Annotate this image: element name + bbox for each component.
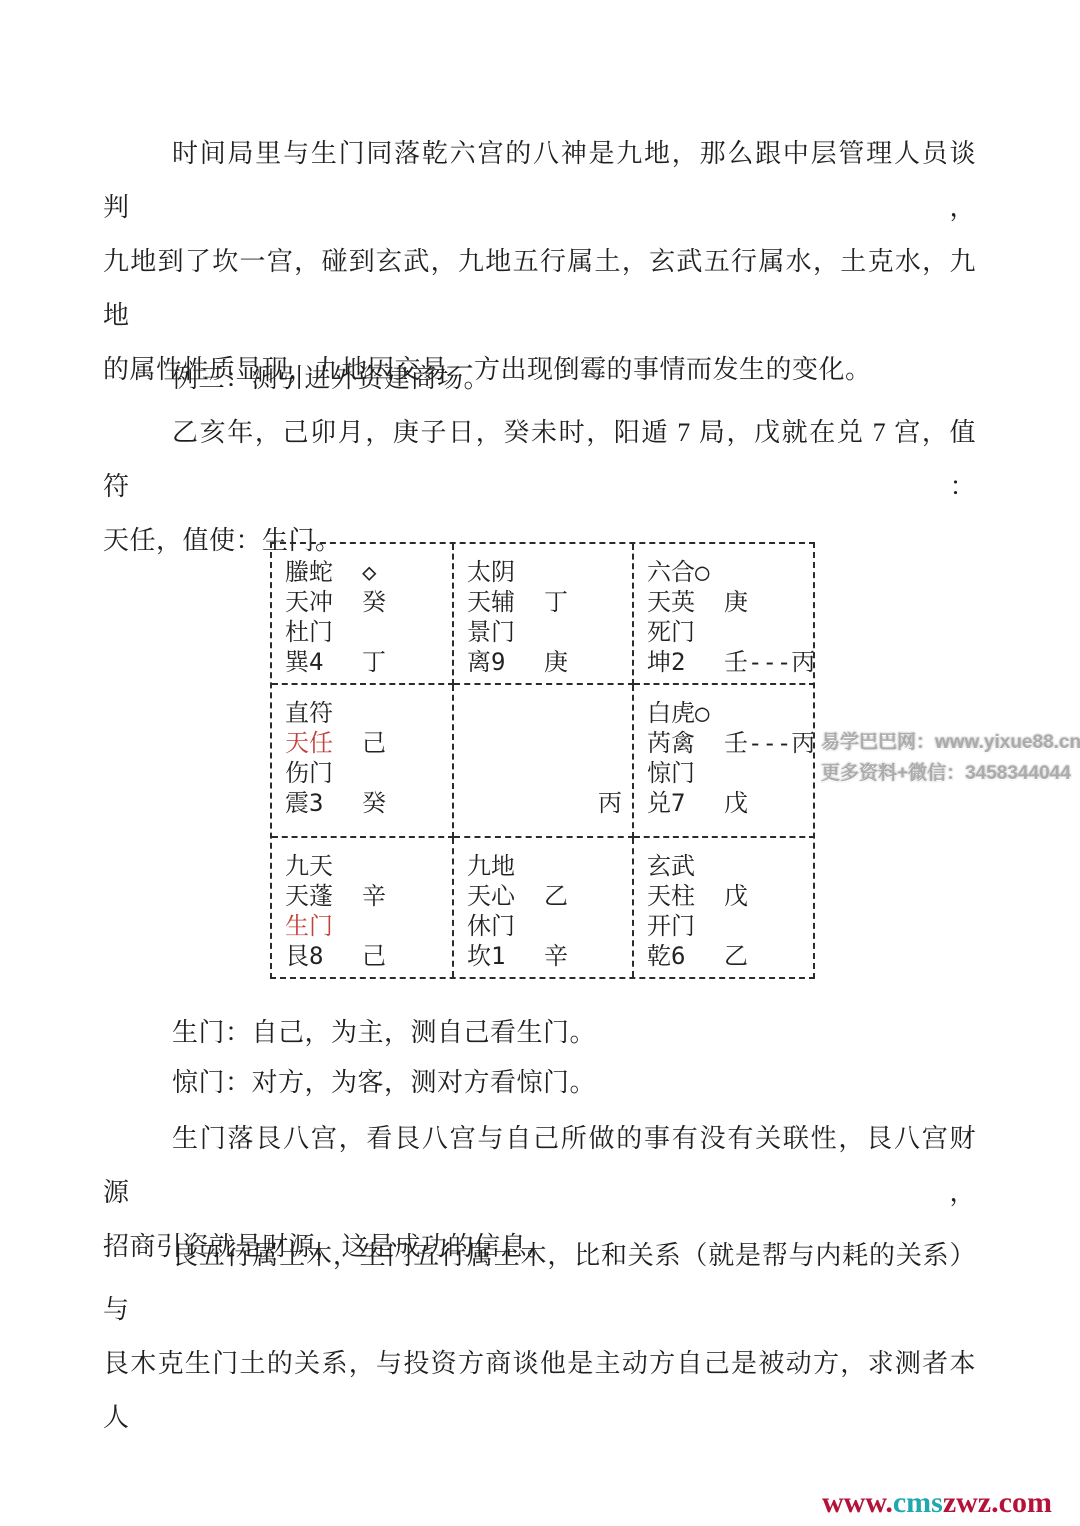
star-name: 天辅 [467, 587, 544, 617]
text-line: 惊门：对方，为客，测对方看惊门。 [103, 1056, 976, 1110]
earth-stem: 庚 [544, 647, 568, 677]
god-line: 六合○ [647, 557, 815, 587]
door-name: 景门 [467, 617, 544, 647]
heaven-stem: 戊 [724, 881, 748, 911]
paragraph-4: 生门：自己，为主，测自己看生门。 [103, 1006, 976, 1060]
paragraph-5: 惊门：对方，为客，测对方看惊门。 [103, 1056, 976, 1110]
star-line: 天柱戊 [647, 881, 815, 911]
bottom-watermark: www.cmszwz.com [822, 1486, 1052, 1520]
palace-line: 坎1辛 [467, 941, 632, 971]
paragraph-7: 艮五行属土木，生门五行属土木，比和关系（就是帮与内耗的关系）与 艮木克生门土的关… [103, 1229, 976, 1445]
heaven-stem: 乙 [544, 881, 568, 911]
star-name: 天柱 [647, 881, 724, 911]
door-name: 死门 [647, 617, 724, 647]
heaven-stem: 癸 [362, 587, 386, 617]
palace-cell-kan1: 九地 天心乙 休门 坎1辛 [454, 838, 634, 977]
palace-name: 乾6 [647, 941, 724, 971]
palace-line: 兑7戊 [647, 788, 815, 818]
text-line: 生门：自己，为主，测自己看生门。 [103, 1006, 976, 1060]
heaven-stem: 壬---丙 [724, 728, 815, 758]
palace-cell-center: 丙 [454, 685, 634, 838]
god-name: 白虎○ [647, 698, 724, 728]
palace-cell-kun2: 六合○ 天英庚 死门 坤2壬---丙 [634, 544, 815, 685]
god-name: 太阴 [467, 557, 544, 587]
god-name: 六合○ [647, 557, 724, 587]
god-name: 螣蛇 [285, 557, 362, 587]
star-name-zhifu: 天任 [285, 728, 362, 758]
text-line: 例三：测引进外资建商场。 [103, 352, 976, 406]
bottom-watermark-seg2: cms [893, 1486, 943, 1519]
heaven-stem: 庚 [724, 587, 748, 617]
palace-cell-zhen3: 直符 天任己 伤门 震3癸 [272, 685, 454, 838]
door-line: 休门 [467, 911, 632, 941]
palace-line: 巽4丁 [285, 647, 452, 677]
empty-line [467, 758, 632, 788]
door-name: 惊门 [647, 758, 724, 788]
text-line: 乙亥年，己卯月，庚子日，癸未时，阳遁 7 局，戊就在兑 7 宫，值符： [103, 406, 976, 514]
empty-line [467, 728, 632, 758]
bottom-watermark-seg1: www. [822, 1486, 893, 1519]
door-name-zhishi: 生门 [285, 911, 362, 941]
palace-name: 震3 [285, 788, 362, 818]
text-line: 时间局里与生门同落乾六宫的八神是九地，那么跟中层管理人员谈判， [103, 127, 976, 235]
god-line: 直符 [285, 698, 452, 728]
god-line: 九地 [467, 851, 632, 881]
star-name: 天蓬 [285, 881, 362, 911]
earth-stem: 丁 [362, 647, 386, 677]
earth-stem: 戊 [724, 788, 748, 818]
palace-name: 坎1 [467, 941, 544, 971]
god-line: 白虎○ [647, 698, 815, 728]
palace-line: 离9庚 [467, 647, 632, 677]
door-line: 开门 [647, 911, 815, 941]
palace-line: 艮8己 [285, 941, 452, 971]
palace-name: 兑7 [647, 788, 724, 818]
palace-cell-gen8: 九天 天蓬辛 生门 艮8己 [272, 838, 454, 977]
palace-name: 坤2 [647, 647, 724, 677]
star-name: 天冲 [285, 587, 362, 617]
god-line: 太阴 [467, 557, 632, 587]
god-line: 玄武 [647, 851, 815, 881]
heaven-stem: 丁 [544, 587, 568, 617]
earth-stem: 癸 [362, 788, 386, 818]
text-line: 艮五行属土木，生门五行属土木，比和关系（就是帮与内耗的关系）与 [103, 1229, 976, 1337]
god-name: 玄武 [647, 851, 724, 881]
door-line: 生门 [285, 911, 452, 941]
earth-stem: 乙 [724, 941, 748, 971]
empty [467, 758, 544, 788]
god-name: 九地 [467, 851, 544, 881]
text-line: 艮木克生门土的关系，与投资方商谈他是主动方自己是被动方，求测者本人 [103, 1337, 976, 1445]
qimen-grid: 螣蛇◇ 天冲癸 杜门 巽4丁 太阴 天辅丁 景门 离9庚 六合○ 天英庚 死门 … [270, 542, 815, 979]
palace-line: 震3癸 [285, 788, 452, 818]
earth-stem: 辛 [544, 941, 568, 971]
palace-name: 艮8 [285, 941, 362, 971]
door-line: 伤门 [285, 758, 452, 788]
side-watermark-line1: 易学巴巴网：www.yixue88.cn [821, 727, 1080, 758]
empty [467, 728, 544, 758]
paragraph-2-example-heading: 例三：测引进外资建商场。 [103, 352, 976, 406]
god-name: 直符 [285, 698, 362, 728]
palace-line: 乾6乙 [647, 941, 815, 971]
bottom-watermark-seg3: zwz.com [943, 1486, 1052, 1519]
heaven-stem: 己 [362, 728, 386, 758]
palace-cell-dui7: 白虎○ 芮禽壬---丙 惊门 兑7戊 [634, 685, 815, 838]
god-mark: ◇ [362, 557, 376, 587]
star-name: 天英 [647, 587, 724, 617]
door-line: 杜门 [285, 617, 452, 647]
palace-line: 坤2壬---丙 [647, 647, 815, 677]
god-name: 九天 [285, 851, 362, 881]
star-line: 天冲癸 [285, 587, 452, 617]
god-line: 螣蛇◇ [285, 557, 452, 587]
door-line: 惊门 [647, 758, 815, 788]
palace-cell-xun4: 螣蛇◇ 天冲癸 杜门 巽4丁 [272, 544, 454, 685]
door-line: 景门 [467, 617, 632, 647]
door-name: 伤门 [285, 758, 362, 788]
star-name: 天心 [467, 881, 544, 911]
document-page: 时间局里与生门同落乾六宫的八神是九地，那么跟中层管理人员谈判， 九地到了坎一宫，… [0, 0, 1080, 1526]
palace-cell-li9: 太阴 天辅丁 景门 离9庚 [454, 544, 634, 685]
side-watermark-line2: 更多资料+微信：3458344044 [821, 758, 1080, 789]
star-line: 芮禽壬---丙 [647, 728, 815, 758]
palace-line: 丙 [467, 788, 632, 818]
god-line: 九天 [285, 851, 452, 881]
star-name: 芮禽 [647, 728, 724, 758]
heaven-stem: 辛 [362, 881, 386, 911]
earth-stem: 丙 [598, 788, 622, 818]
star-line: 天辅丁 [467, 587, 632, 617]
door-name: 开门 [647, 911, 724, 941]
empty-line [467, 698, 632, 728]
earth-stem: 己 [362, 941, 386, 971]
earth-stem: 壬---丙 [724, 647, 815, 677]
palace-name: 巽4 [285, 647, 362, 677]
text-line: 九地到了坎一宫，碰到玄武，九地五行属土，玄武五行属水，土克水，九地 [103, 235, 976, 343]
text-line: 生门落艮八宫，看艮八宫与自己所做的事有没有关联性，艮八宫财源， [103, 1112, 976, 1220]
star-line: 天任己 [285, 728, 452, 758]
door-name: 休门 [467, 911, 544, 941]
empty [467, 698, 544, 728]
door-line: 死门 [647, 617, 815, 647]
star-line: 天英庚 [647, 587, 815, 617]
door-name: 杜门 [285, 617, 362, 647]
star-line: 天心乙 [467, 881, 632, 911]
palace-cell-qian6: 玄武 天柱戊 开门 乾6乙 [634, 838, 815, 977]
palace-name: 离9 [467, 647, 544, 677]
star-line: 天蓬辛 [285, 881, 452, 911]
side-watermark: 易学巴巴网：www.yixue88.cn 更多资料+微信：3458344044 [821, 727, 1080, 789]
